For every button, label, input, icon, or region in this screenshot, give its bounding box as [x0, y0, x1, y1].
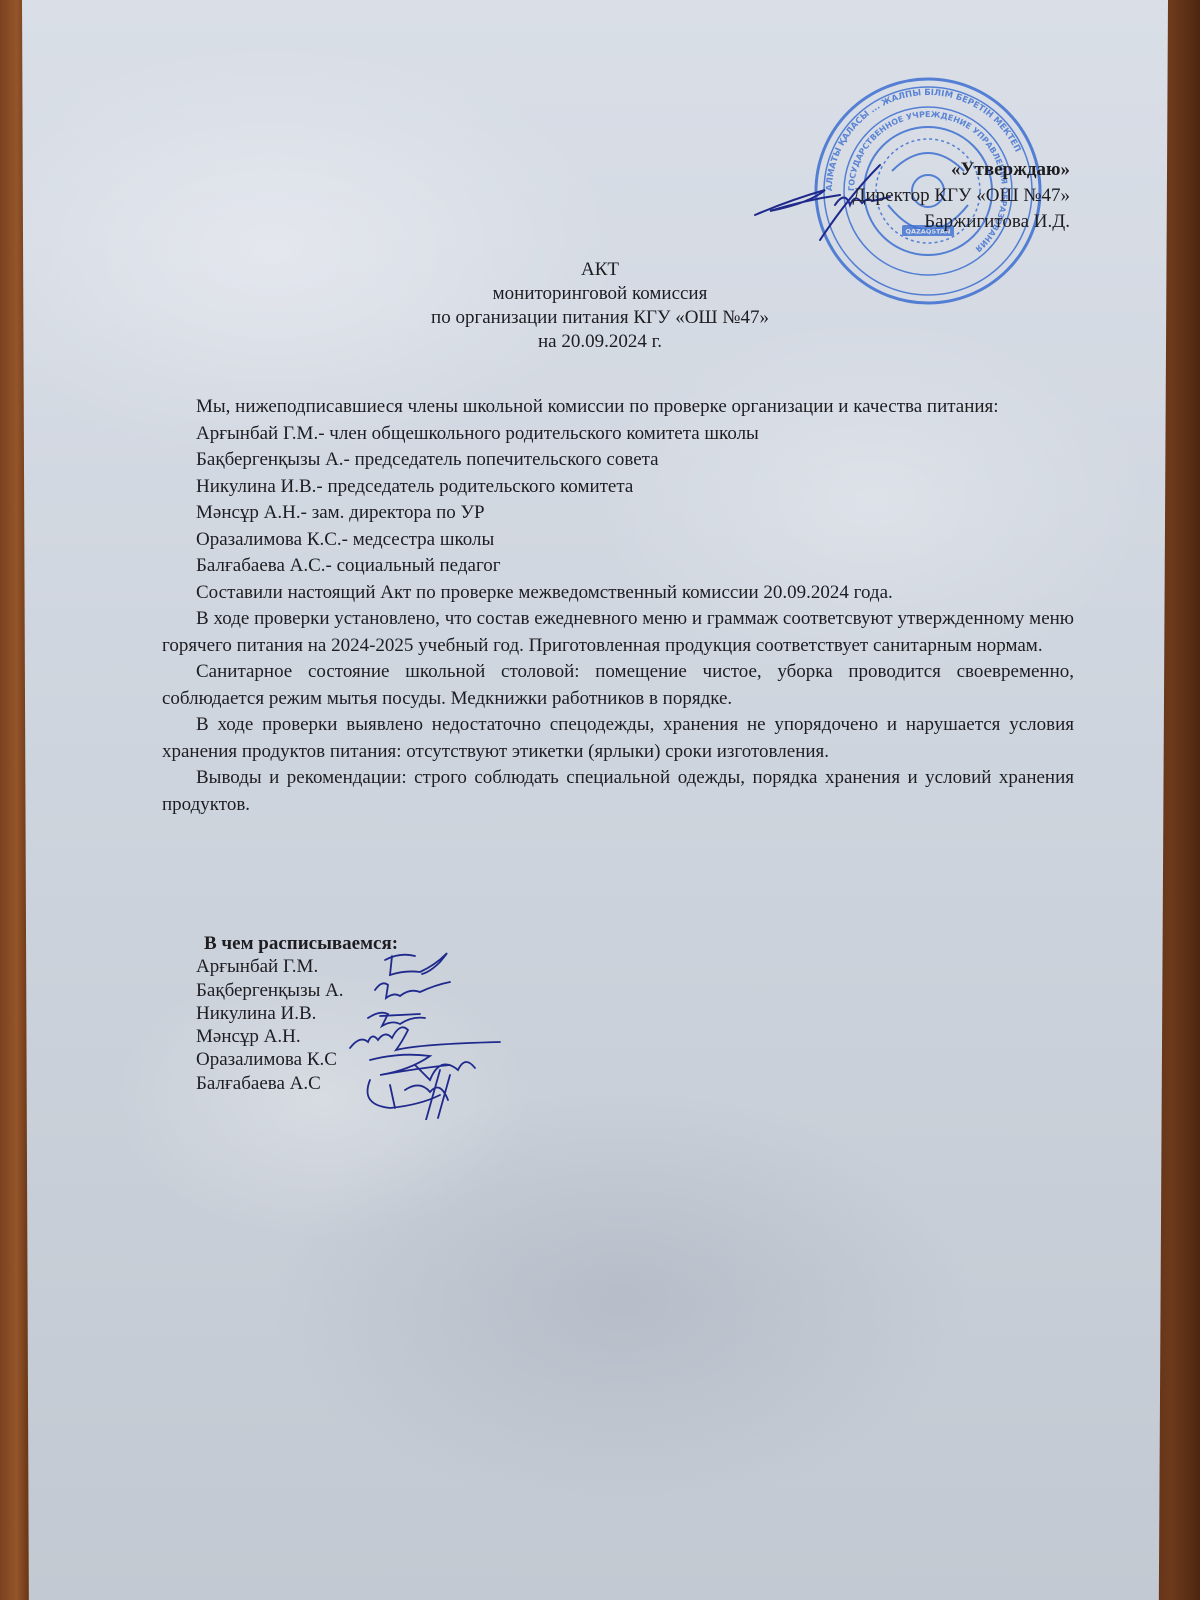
document-body: Мы, нижеподписавшиеся члены школьной ком…	[162, 394, 1074, 818]
approval-title: «Утверждаю»	[853, 157, 1070, 183]
document: АЛМАТЫ ҚАЛАСЫ ... ЖАЛПЫ БІЛІМ БЕРЕТІН МЕ…	[0, 0, 1200, 1600]
document-subject: по организации питания КГУ «ОШ №47»	[0, 306, 1200, 330]
finding-menu: В ходе проверки установлено, что состав …	[162, 606, 1074, 659]
approval-block: «Утверждаю» Директор КГУ «ОШ №47» Баржиг…	[853, 157, 1070, 235]
member-item: Оразалимова К.С.- медсестра школы	[162, 527, 1074, 554]
approver-name: Баржигитова И.Д.	[853, 209, 1070, 235]
member-item: Мәнсұр А.Н.- зам. директора по УР	[162, 500, 1074, 527]
member-item: Никулина И.В.- председатель родительског…	[162, 474, 1074, 501]
intro-paragraph: Мы, нижеподписавшиеся члены школьной ком…	[162, 394, 1074, 421]
finding-sanitary: Санитарное состояние школьной столовой: …	[162, 659, 1074, 712]
member-item: Балғабаева А.С.- социальный педагог	[162, 553, 1074, 580]
compiled-statement: Составили настоящий Акт по проверке межв…	[162, 580, 1074, 607]
finding-violations: В ходе проверки выявлено недостаточно сп…	[162, 712, 1074, 765]
conclusions-paragraph: Выводы и рекомендации: строго соблюдать …	[162, 765, 1074, 818]
document-subtitle: мониторинговой комиссия	[0, 282, 1200, 306]
document-heading: АКТ мониторинговой комиссия по организац…	[0, 258, 1200, 354]
approver-position: Директор КГУ «ОШ №47»	[853, 183, 1070, 209]
document-date: на 20.09.2024 г.	[0, 330, 1200, 354]
member-item: Арғынбай Г.М.- член общешкольного родите…	[162, 421, 1074, 448]
member-item: Бақбергенқызы А.- председатель попечител…	[162, 447, 1074, 474]
document-title: АКТ	[0, 258, 1200, 282]
member-signatures	[330, 930, 530, 1120]
